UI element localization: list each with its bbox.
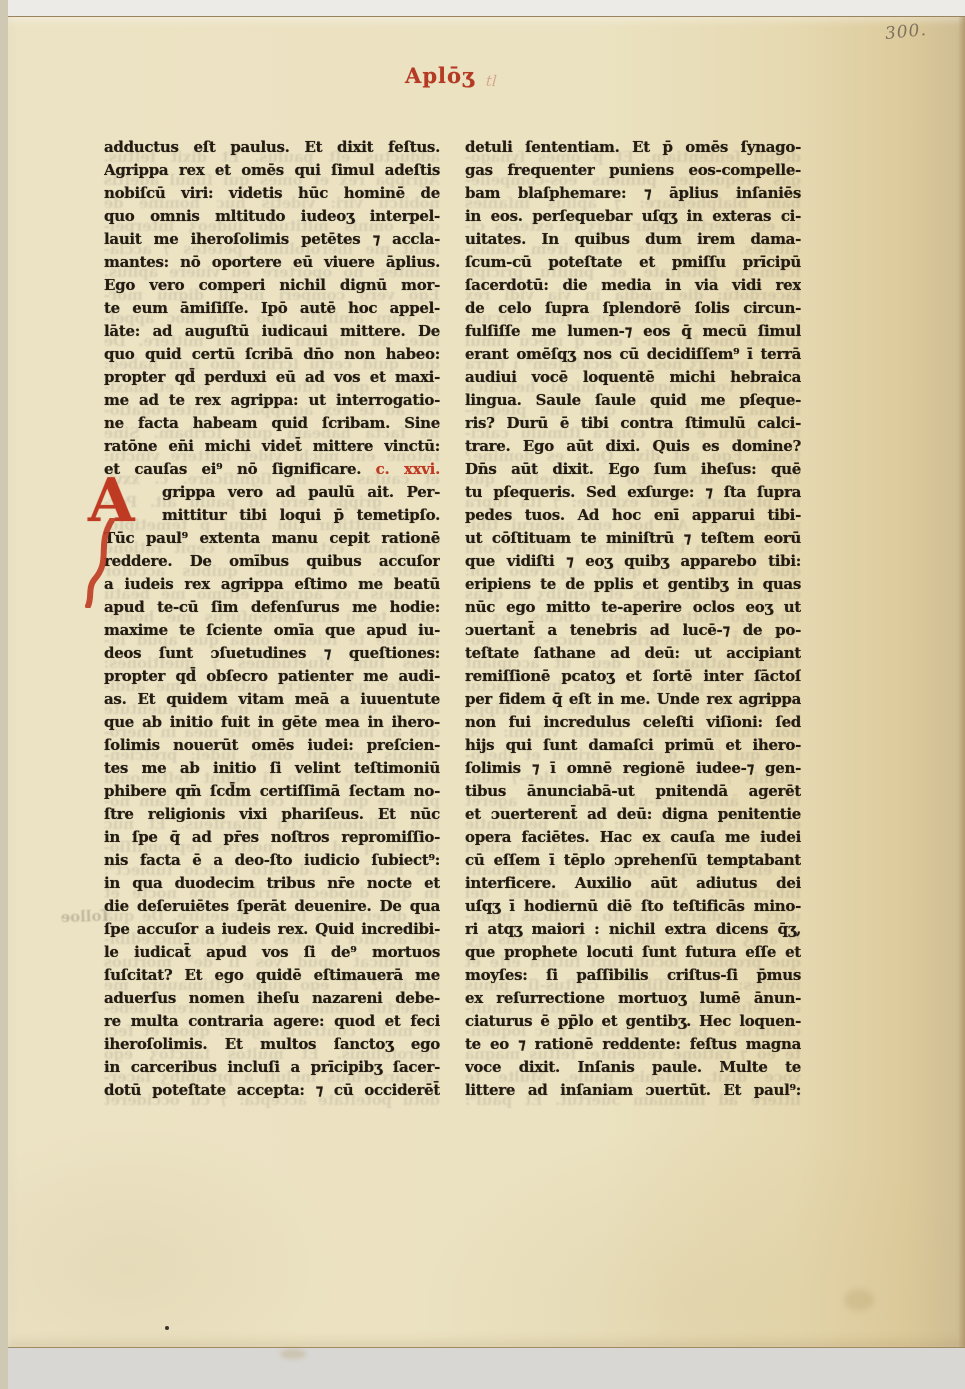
text-line: propter qd̄ perduxi eū ad vos et maxi-: [104, 366, 440, 389]
photo-backing-top: [0, 0, 965, 16]
text-line: lauit me iheroſolimis petētes ⁊ accla-: [104, 228, 440, 251]
text-line: trare. Ego aūt dixi. Quis es domine?: [465, 435, 801, 458]
chapter-marker-rubric: c. xxvi.: [376, 460, 440, 478]
text-line: detuli ſententiam. Et p̄ omēs ſynago-: [465, 136, 801, 159]
text-line: voce dixit. Inſanis paule. Multe te: [465, 1056, 801, 1079]
text-line: que prophete locuti ſunt futura eſſe et: [465, 941, 801, 964]
text-line: ſolimis ⁊ ī omnē regionē iudee-⁊ gen-: [465, 757, 801, 780]
text-line: Agrippa rex et omēs qui ſimul adeſtis: [104, 159, 440, 182]
text-line: quo quid certū ſcribā dn̄o non habeo:: [104, 343, 440, 366]
text-line: ratōne en̄i michi videt̄ mittere vinctū:: [104, 435, 440, 458]
text-line: in eos. perſequebar uſqʒ in exteras ci-: [465, 205, 801, 228]
text-line: ris? Durū ē tibi contra ſtimulū calci-: [465, 412, 801, 435]
photo-backing-left: [0, 0, 8, 1389]
text-line: as. Et quidem vitam meā a iuuentute: [104, 688, 440, 711]
photo-backing-bottom: [0, 1346, 965, 1389]
text-line: pedes tuos. Ad hoc enī apparui tibi-: [465, 504, 801, 527]
text-line: ex reſurrectione mortuoʒ lumē ānun-: [465, 987, 801, 1010]
text-column-left: adductus eſt paulus. Et dixit feſtus.Agr…: [104, 136, 440, 1106]
text-line: que vidiſti ⁊ eoʒ quibʒ apparebo tibi:: [465, 550, 801, 573]
text-line: ſcum-cū poteſtate et pmiſſu prīcipū: [465, 251, 801, 274]
text-line: que ab initio fuit in gēte mea in ihero-: [104, 711, 440, 734]
marginal-showthrough-text: ſolloe: [28, 907, 109, 928]
text-line: re multa contraria agere: quod et feci: [104, 1010, 440, 1033]
text-line: me ad te rex agrippa: ut interrogatio-: [104, 389, 440, 412]
text-line: apud te-cū ſim defenſurus me hodie:: [104, 596, 440, 619]
text-line: nobiſcū viri: videtis hūc hominē de: [104, 182, 440, 205]
parchment-stain: [280, 1349, 306, 1359]
text-line: audiui vocē loquentē michi hebraica: [465, 366, 801, 389]
text-line: fulſiſſe me lumen-⁊ eos q̄ mecū ſimul: [465, 320, 801, 343]
text-line: hijs qui ſunt damaſci primū et ihero-: [465, 734, 801, 757]
text-line: te eum āmiſiſſe. Ipō autē hoc appel-: [104, 297, 440, 320]
text-line: ɔuertant̄ a tenebris ad lucē-⁊ de po-: [465, 619, 801, 642]
text-line: die deſeruiētes ſperāt deuenire. De qua: [104, 895, 440, 918]
text-line: opera faciētes. Hac ex cauſa me iudei: [465, 826, 801, 849]
text-span: mittitur tibi loqui p̄ temetipſo.: [162, 506, 440, 524]
text-line: ſuſcitat? Et ego quidē eſtimauerā me: [104, 964, 440, 987]
text-line: uitates. In quibus dum irem dama-: [465, 228, 801, 251]
text-line: deos ſunt ɔſuetudines ⁊ queſtiones:: [104, 642, 440, 665]
text-line: ut cōſtituam te miniſtrū ⁊ teſtem eorū: [465, 527, 801, 550]
text-span: et cauſas ei⁹ nō ſignificare.: [104, 460, 376, 478]
text-line: gas frequenter puniens eos-compelle-: [465, 159, 801, 182]
text-line: lāte: ad auguſtū iudicaui mittere. De: [104, 320, 440, 343]
text-line: mantes: nō oportere eū viuere āplius.: [104, 251, 440, 274]
text-line: in ſpe q̄ ad pr̄es noſtros repromiſſio-: [104, 826, 440, 849]
text-line: per fidem q̄ eſt in me. Unde rex agrippa: [465, 688, 801, 711]
ink-speck: [165, 1326, 169, 1330]
text-line: quo omnis mltitudo iudeoʒ interpel-: [104, 205, 440, 228]
text-line: tes me ab initio ſi velint teſtimoniū: [104, 757, 440, 780]
text-line: iheroſolimis. Et multos ſanctoʒ ego: [104, 1033, 440, 1056]
text-span: grippa vero ad paulū ait. Per-: [162, 483, 440, 501]
text-line: de celo ſupra ſplendorē ſolis circun-: [465, 297, 801, 320]
parchment-stain: [844, 1289, 874, 1311]
text-line: remiſſionē pcatoʒ et ſortē inter ſāctoſ: [465, 665, 801, 688]
initial-flourish-tail: [82, 518, 142, 608]
text-line: propter qd̄ obſecro patienter me audi-: [104, 665, 440, 688]
running-title-rubric: Aplōʒ: [0, 63, 880, 88]
text-line: tibus ānunciabā-ut pnitendā agerēt: [465, 780, 801, 803]
text-line: ciaturus ē pp̄lo et gentibʒ. Hec loquen-: [465, 1010, 801, 1033]
text-line: et ɔuerterent̄ ad deū: digna penitentie: [465, 803, 801, 826]
text-line: teſtate ſathane ad deū: ut accipiant: [465, 642, 801, 665]
text-line: ne facta habeam quid ſcribam. Sine: [104, 412, 440, 435]
text-line: nis facta ē a deo-ſto iudicio ſubiect⁹:: [104, 849, 440, 872]
chapter-initial: A: [82, 478, 158, 598]
text-column-right: detuli ſententiam. Et p̄ omēs ſynago-gas…: [465, 136, 801, 1106]
text-line: Dn̄s aūt dixit. Ego ſum iheſus: quē: [465, 458, 801, 481]
text-line: te eo ⁊ rationē reddente: feſtus magna: [465, 1033, 801, 1056]
text-line: adductus eſt paulus. Et dixit feſtus.: [104, 136, 440, 159]
text-line: ſacerdotū: die media in via vidi rex: [465, 274, 801, 297]
text-line: erant omēſqʒ nos cū decidiſſem⁹ ī terrā: [465, 343, 801, 366]
text-line: tu pſequeris. Sed exſurge: ⁊ ſta ſupra: [465, 481, 801, 504]
text-line: bam blaſphemare: ⁊ āplius inſaniēs: [465, 182, 801, 205]
text-line: moyſes: ſi paſſibilis criſtus-ſi p̄mus: [465, 964, 801, 987]
text-line: le iudicat̄ apud vos ſi de⁹ mortuos: [104, 941, 440, 964]
text-line: phibere qm̄ ſcd̄m certiſſimā ſectam no-: [104, 780, 440, 803]
text-line: non fui incredulus celeſti viſioni: ſed: [465, 711, 801, 734]
text-line: interficere. Auxilio aūt adiutus dei: [465, 872, 801, 895]
text-line: ri atqʒ maiori : nichil extra dicens q̄ʒ…: [465, 918, 801, 941]
text-line: cū eſſem ī tēplo ɔprehenſū temptabant: [465, 849, 801, 872]
text-line: aduerſus nomen iheſu nazareni debe-: [104, 987, 440, 1010]
text-line: in carceribus incluſi a prīcipibʒ ſacer-: [104, 1056, 440, 1079]
running-title-annotation: tl: [485, 72, 497, 91]
text-line: ſpe accuſor a iudeis rex. Quid incredibi…: [104, 918, 440, 941]
text-line: Ego vero comperi nichil dignū mor-: [104, 274, 440, 297]
text-line: littere ad inſaniam ɔuertūt. Et paul⁹:: [465, 1079, 801, 1102]
text-line: lingua. Saule ſaule quid me pſeque-: [465, 389, 801, 412]
text-line: ſolimis nouerūt omēs iudei: preſcien-: [104, 734, 440, 757]
text-line: maxime te ſciente omīa que apud iu-: [104, 619, 440, 642]
text-line: in qua duodecim tribus nr̄e nocte et: [104, 872, 440, 895]
page-edge-shadow: [958, 17, 965, 1347]
text-line: nūc ego mitto te-aperire oclos eoʒ ut: [465, 596, 801, 619]
text-line: eripiens te de pplis et gentibʒ in quas: [465, 573, 801, 596]
text-line: dotū poteſtate accepta: ⁊ cū occiderēt̄: [104, 1079, 440, 1102]
text-line: uſqʒ ī hodiernū diē ſto teſtificās mino-: [465, 895, 801, 918]
text-line: ſtre religionis vixi phariſeus. Et nūc: [104, 803, 440, 826]
